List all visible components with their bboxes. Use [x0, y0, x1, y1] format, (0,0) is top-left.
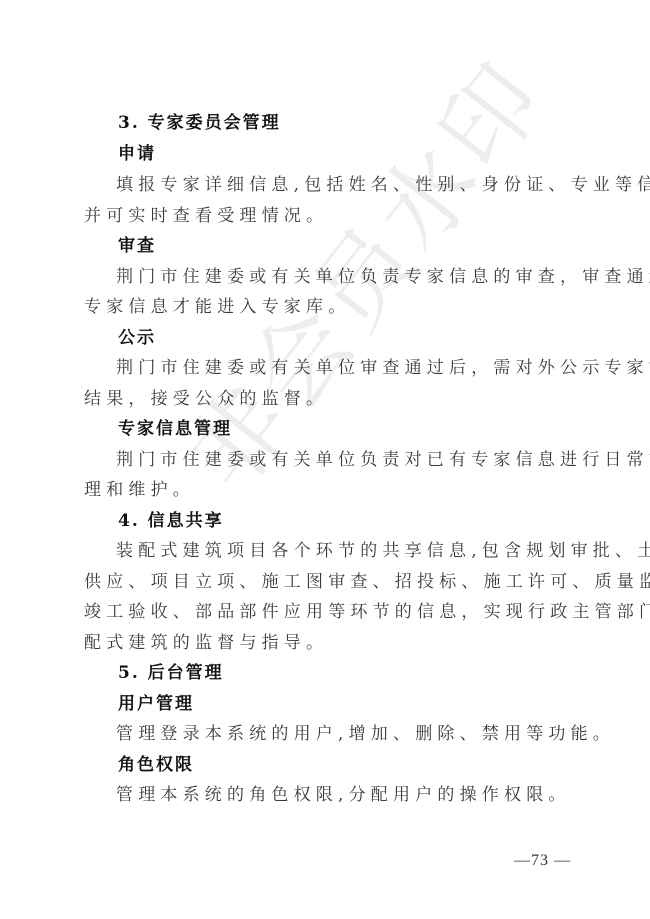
paragraph-line: 供应、项目立项、施工图审查、招投标、施工许可、质量监督、 [84, 571, 650, 593]
document-page: 非会员水印 3. 专家委员会管理 申请 填报专家详细信息,包括姓名、性别、身份证… [0, 0, 650, 919]
paragraph-line: 并可实时查看受理情况。 [84, 205, 328, 227]
paragraph-line: 专家信息才能进入专家库。 [84, 296, 350, 318]
subsection-title-role-permissions: 角色权限 [118, 754, 194, 776]
subsection-title-review: 审查 [118, 235, 156, 257]
paragraph-line: 管理本系统的角色权限,分配用户的操作权限。 [116, 784, 571, 806]
paragraph-line: 荆门市住建委或有关单位负责对已有专家信息进行日常管 [116, 449, 650, 471]
subsection-title-expert-info: 专家信息管理 [118, 418, 232, 440]
paragraph-line: 荆门市住建委或有关单位审查通过后，需对外公示专家审查 [116, 357, 650, 379]
paragraph-line: 竣工验收、部品部件应用等环节的信息，实现行政主管部门对装 [84, 601, 650, 623]
section-heading-info-sharing: 4. 信息共享 [118, 510, 224, 532]
paragraph-line: 填报专家详细信息,包括姓名、性别、身份证、专业等信息， [116, 174, 650, 196]
subsection-title-apply: 申请 [118, 143, 156, 165]
paragraph-line: 荆门市住建委或有关单位负责专家信息的审查，审查通过后， [116, 266, 650, 288]
subsection-title-user-mgmt: 用户管理 [118, 693, 194, 715]
page-number: —73 — [514, 852, 571, 870]
paragraph-line: 管理登录本系统的用户,增加、删除、禁用等功能。 [116, 723, 615, 745]
subsection-title-publicity: 公示 [118, 327, 156, 349]
paragraph-line: 装配式建筑项目各个环节的共享信息,包含规划审批、土地 [116, 540, 650, 562]
section-heading-expert-committee: 3. 专家委员会管理 [118, 112, 281, 134]
paragraph-line: 配式建筑的监督与指导。 [84, 632, 328, 654]
paragraph-line: 理和维护。 [84, 479, 195, 501]
paragraph-line: 结果，接受公众的监督。 [84, 388, 328, 410]
section-heading-backend: 5. 后台管理 [118, 662, 224, 684]
